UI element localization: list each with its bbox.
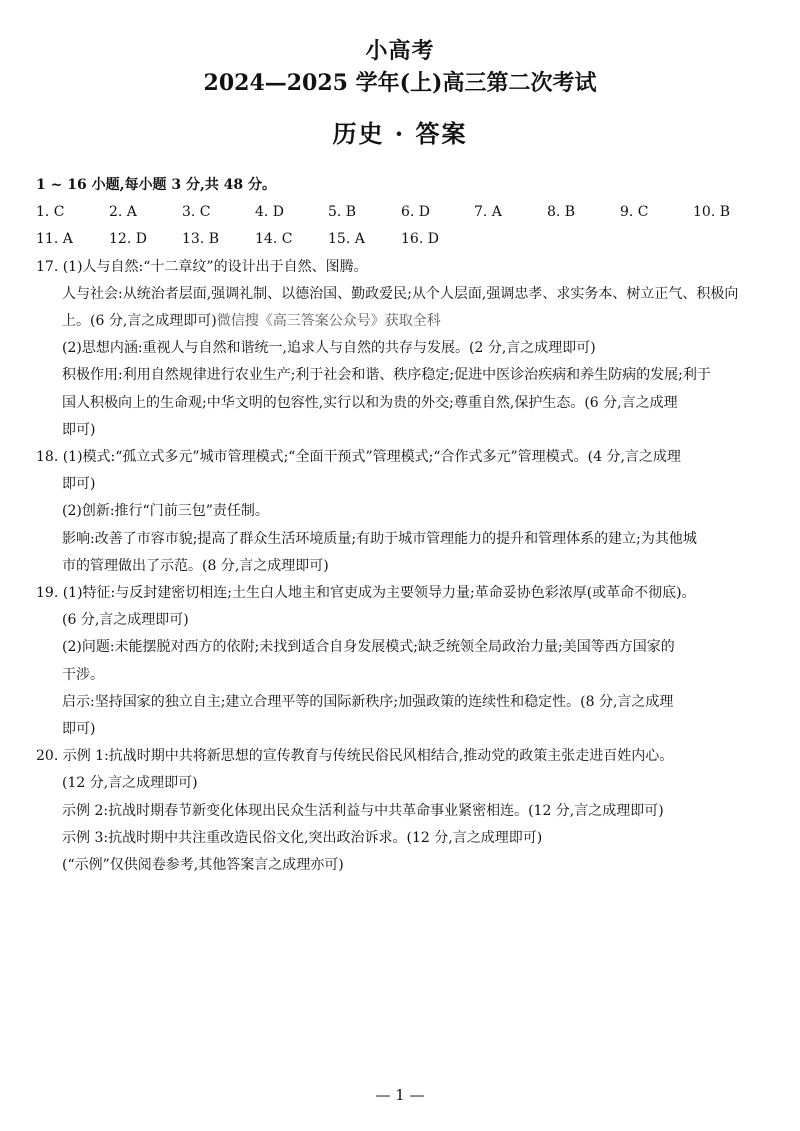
question-19: 19. (1)特征:与反封建密切相连;土生白人地主和官吏成为主要领导力量;革命妥…	[36, 580, 766, 743]
subject-title: 历史 · 答案	[0, 114, 800, 149]
q17-line: 积极作用:利用自然规律进行农业生产;利于社会和谐、秩序稳定;促进中医诊治疾病和养…	[36, 362, 766, 389]
mc-answer: 13. B	[182, 226, 255, 253]
question-17: 17. (1)人与自然:“十二章纹”的设计出于自然、图腾。 人与社会:从统治者层…	[36, 254, 766, 444]
question-18: 18. (1)模式:“孤立式多元”城市管理模式;“全面干预式”管理模式;“合作式…	[36, 444, 766, 580]
q19-line: 干涉。	[36, 662, 766, 689]
q19-line: 启示:坚持国家的独立自主;建立合理平等的国际新秩序;加强政策的连续性和稳定性。(…	[36, 689, 766, 716]
mc-answers-row-1: 1. C 2. A 3. C 4. D 5. B 6. D 7. A 8. B …	[36, 199, 766, 226]
q17-line: (2)思想内涵:重视人与自然和谐统一,追求人与自然的共存与发展。(2 分,言之成…	[36, 335, 766, 362]
mc-answers-row-2: 11. A 12. D 13. B 14. C 15. A 16. D	[36, 226, 766, 253]
q18-line: 即可)	[36, 471, 766, 498]
q18-line: 市的管理做出了示范。(8 分,言之成理即可)	[36, 553, 766, 580]
mc-answer: 1. C	[36, 199, 109, 226]
mc-answer: 12. D	[109, 226, 182, 253]
mc-answer: 6. D	[401, 199, 474, 226]
mc-answer: 8. B	[547, 199, 620, 226]
q17-line: 即可)	[36, 417, 766, 444]
exam-title: 2024—2025 学年(上)高三第二次考试	[0, 66, 800, 97]
mc-answer: 10. B	[693, 199, 766, 226]
q19-line: 19. (1)特征:与反封建密切相连;土生白人地主和官吏成为主要领导力量;革命妥…	[36, 580, 766, 607]
q17-line: 上。(6 分,言之成理即可)微信搜《高三答案公众号》获取全科	[36, 308, 766, 335]
watermark-text: 微信搜《高三答案公众号》获取全科	[217, 313, 441, 329]
q19-line: (6 分,言之成理即可)	[36, 607, 766, 634]
mc-answer: 14. C	[255, 226, 328, 253]
mc-answer: 4. D	[255, 199, 328, 226]
question-20: 20. 示例 1:抗战时期中共将新思想的宣传教育与传统民俗民风相结合,推动党的政…	[36, 743, 766, 879]
q17-line: 人与社会:从统治者层面,强调礼制、以德治国、勤政爱民;从个人层面,强调忠孝、求实…	[36, 281, 766, 308]
q19-line: 即可)	[36, 716, 766, 743]
mc-intro: 1 ~ 16 小题,每小题 3 分,共 48 分。	[36, 172, 766, 199]
q17-line-text: 上。(6 分,言之成理即可)	[62, 313, 217, 329]
answer-content: 1 ~ 16 小题,每小题 3 分,共 48 分。 1. C 2. A 3. C…	[36, 172, 766, 879]
mc-answer: 11. A	[36, 226, 109, 253]
page-number: — 1 —	[0, 1086, 800, 1104]
q18-line: (2)创新:推行“门前三包”责任制。	[36, 498, 766, 525]
q20-line: (“示例”仅供阅卷参考,其他答案言之成理亦可)	[36, 852, 766, 879]
mc-answer: 15. A	[328, 226, 401, 253]
q20-line: 20. 示例 1:抗战时期中共将新思想的宣传教育与传统民俗民风相结合,推动党的政…	[36, 743, 766, 770]
q17-line: 17. (1)人与自然:“十二章纹”的设计出于自然、图腾。	[36, 254, 766, 281]
q17-line: 国人积极向上的生命观;中华文明的包容性,实行以和为贵的外交;尊重自然,保护生态。…	[36, 390, 766, 417]
mc-answer: 3. C	[182, 199, 255, 226]
q20-line: (12 分,言之成理即可)	[36, 770, 766, 797]
brand-title: 小高考	[0, 34, 800, 65]
mc-answer: 2. A	[109, 199, 182, 226]
q20-line: 示例 2:抗战时期春节新变化体现出民众生活利益与中共革命事业紧密相连。(12 分…	[36, 798, 766, 825]
mc-answer: 5. B	[328, 199, 401, 226]
mc-answer: 9. C	[620, 199, 693, 226]
mc-answer: 16. D	[401, 226, 474, 253]
q19-line: (2)问题:未能摆脱对西方的依附;未找到适合自身发展模式;缺乏统领全局政治力量;…	[36, 634, 766, 661]
mc-answer: 7. A	[474, 199, 547, 226]
q18-line: 18. (1)模式:“孤立式多元”城市管理模式;“全面干预式”管理模式;“合作式…	[36, 444, 766, 471]
q20-line: 示例 3:抗战时期中共注重改造民俗文化,突出政治诉求。(12 分,言之成理即可)	[36, 825, 766, 852]
q18-line: 影响:改善了市容市貌;提高了群众生活环境质量;有助于城市管理能力的提升和管理体系…	[36, 526, 766, 553]
